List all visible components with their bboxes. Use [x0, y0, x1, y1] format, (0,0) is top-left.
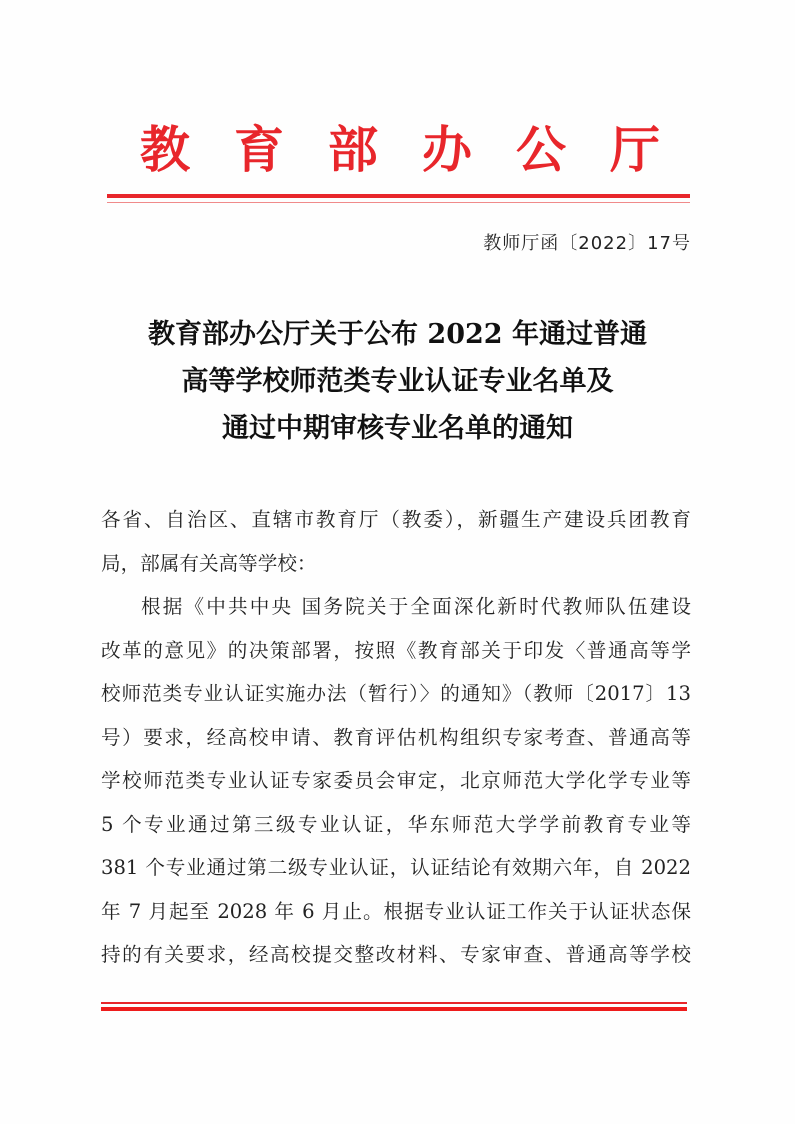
- masthead-char: 公: [516, 125, 566, 175]
- paragraph-line: 5 个专业通过第三级专业认证，华东师范大学学前教育专业等: [101, 803, 691, 847]
- masthead-char: 部: [328, 125, 378, 175]
- paragraph-line: 学校师范类专业认证专家委员会审定，北京师范大学化学专业等: [101, 759, 691, 803]
- document-number: 教师厅函〔2022〕17号: [483, 229, 691, 255]
- document-page: 教 育 部 办 公 厅 教师厅函〔2022〕17号 教育部办公厅关于公布 202…: [0, 0, 795, 1124]
- title-line: 高等学校师范类专业认证专业名单及: [100, 358, 695, 405]
- masthead-char: 办: [422, 125, 472, 175]
- paragraph-line: 年 7 月起至 2028 年 6 月止。根据专业认证工作关于认证状态保: [101, 890, 691, 934]
- masthead-char: 厅: [610, 125, 660, 175]
- salutation-line: 局，部属有关高等学校：: [101, 542, 691, 586]
- masthead-char: 育: [234, 125, 284, 175]
- document-body: 各省、自治区、直辖市教育厅（教委），新疆生产建设兵团教育 局，部属有关高等学校：…: [101, 498, 691, 977]
- title-line: 教育部办公厅关于公布 2022 年通过普通: [100, 311, 695, 358]
- header-red-rule-thick: [107, 194, 690, 198]
- masthead-char: 教: [140, 125, 190, 175]
- paragraph-line: 根据《中共中央 国务院关于全面深化新时代教师队伍建设: [101, 585, 691, 629]
- paragraph-line: 381 个专业通过第二级专业认证，认证结论有效期六年，自 2022: [101, 846, 691, 890]
- title-line: 通过中期审核专业名单的通知: [100, 405, 695, 452]
- paragraph-line: 持的有关要求，经高校提交整改材料、专家审查、普通高等学校: [101, 933, 691, 977]
- footer-red-rule-thick: [101, 1007, 687, 1011]
- footer-red-rule-thin: [101, 1002, 687, 1004]
- paragraph-line: 校师范类专业认证实施办法（暂行）〉的通知》（教师〔2017〕13: [101, 672, 691, 716]
- paragraph-line: 改革的意见》的决策部署，按照《教育部关于印发〈普通高等学: [101, 629, 691, 673]
- document-title: 教育部办公厅关于公布 2022 年通过普通 高等学校师范类专业认证专业名单及 通…: [100, 311, 695, 452]
- masthead: 教 育 部 办 公 厅: [100, 115, 700, 185]
- salutation-line: 各省、自治区、直辖市教育厅（教委），新疆生产建设兵团教育: [101, 498, 691, 542]
- header-red-rule-thin: [107, 202, 690, 203]
- paragraph-line: 号）要求，经高校申请、教育评估机构组织专家考查、普通高等: [101, 716, 691, 760]
